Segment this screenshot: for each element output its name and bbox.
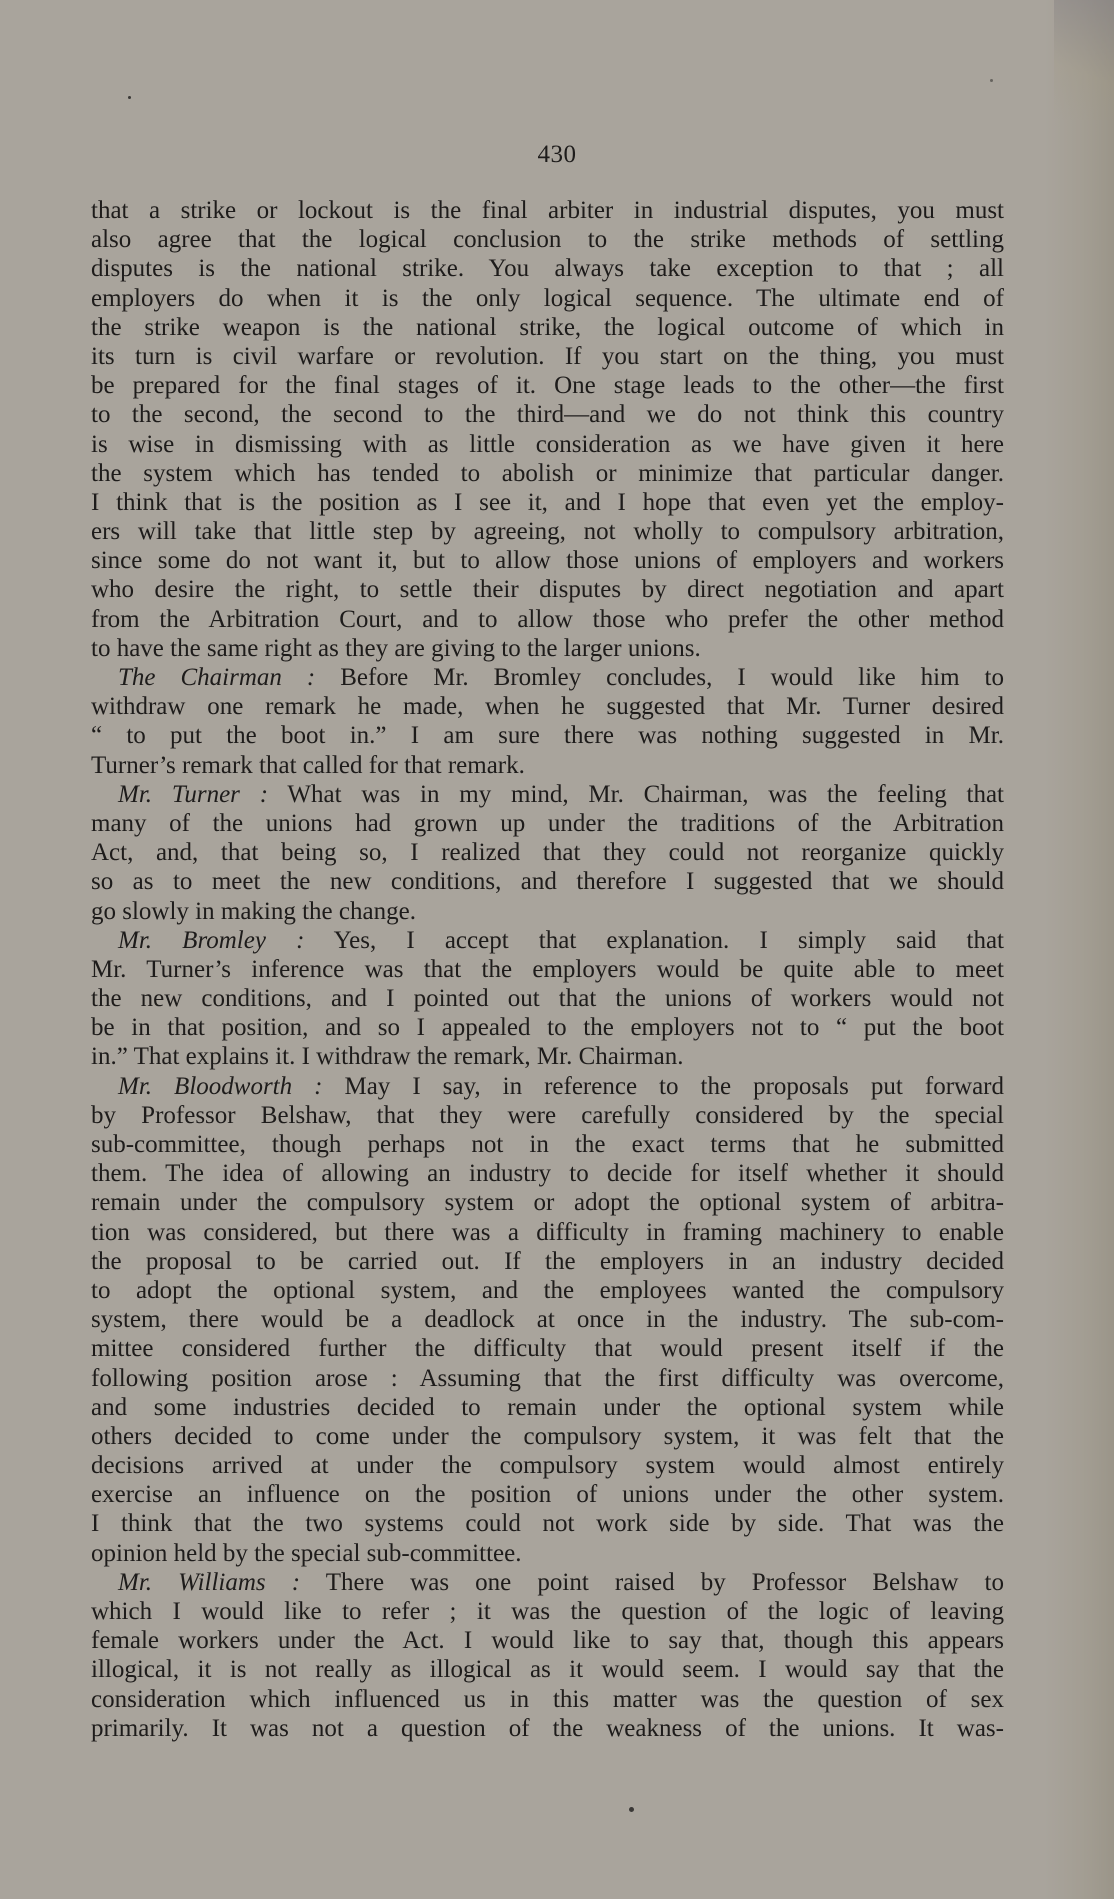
text-line: disputes is the national strike. You alw… — [91, 254, 1004, 283]
text-line: withdraw one remark he made, when he sug… — [91, 692, 1004, 721]
text-line: so as to meet the new conditions, and th… — [91, 867, 1004, 896]
line-text: its turn is civil warfare or revolution.… — [91, 343, 1004, 370]
text-line: to have the same right as they are givin… — [91, 634, 1004, 663]
speaker-paragraph-start: Mr. Bromley : Yes, I accept that explana… — [91, 926, 1004, 955]
text-line: be prepared for the final stages of it. … — [91, 371, 1004, 400]
document-body: that a strike or lockout is the final ar… — [91, 196, 1004, 1743]
speaker-paragraph-start: The Chairman : Before Mr. Bromley conclu… — [91, 663, 1004, 692]
line-text: decisions arrived at under the compulsor… — [91, 1452, 1004, 1479]
line-text: by Professor Belshaw, that they were car… — [91, 1102, 1004, 1129]
text-line: primarily. It was not a question of the … — [91, 1714, 1004, 1743]
line-text: There was one point raised by Professor … — [300, 1569, 1004, 1596]
text-line: its turn is civil warfare or revolution.… — [91, 342, 1004, 371]
line-text: to adopt the optional system, and the em… — [91, 1277, 1004, 1304]
speaker-name: The Chairman : — [118, 664, 315, 691]
line-text: What was in my mind, Mr. Chairman, was t… — [268, 781, 1004, 808]
speaker-paragraph-start: Mr. Bloodworth : May I say, in reference… — [91, 1072, 1004, 1101]
scan-speck — [629, 1807, 634, 1812]
line-text: the system which has tended to abolish o… — [91, 460, 1004, 487]
line-text: “ to put the boot in.” I am sure there w… — [91, 722, 1004, 749]
line-text: opinion held by the special sub-committe… — [91, 1540, 521, 1567]
line-text: so as to meet the new conditions, and th… — [91, 868, 1004, 895]
line-text: be prepared for the final stages of it. … — [91, 372, 1004, 399]
text-line: “ to put the boot in.” I am sure there w… — [91, 721, 1004, 750]
line-text: is wise in dismissing with as little con… — [91, 431, 1004, 458]
text-line: which I would like to refer ; it was the… — [91, 1597, 1004, 1626]
text-line: consideration which influenced us in thi… — [91, 1685, 1004, 1714]
line-text: others decided to come under the compuls… — [91, 1423, 1004, 1450]
speaker-name: Mr. Turner : — [118, 781, 268, 808]
line-text: remain under the compulsory system or ad… — [91, 1189, 1004, 1216]
line-text: go slowly in making the change. — [91, 898, 416, 925]
page-edge-shadow — [1044, 0, 1114, 1899]
text-line: following position arose : Assuming that… — [91, 1364, 1004, 1393]
text-line: to adopt the optional system, and the em… — [91, 1276, 1004, 1305]
line-text: May I say, in reference to the proposals… — [322, 1073, 1004, 1100]
line-text: also agree that the logical conclusion t… — [91, 226, 1004, 253]
line-text: tion was considered, but there was a dif… — [91, 1219, 1004, 1246]
text-line: employers do when it is the only logical… — [91, 284, 1004, 313]
line-text: exercise an influence on the position of… — [91, 1481, 1004, 1508]
line-text: many of the unions had grown up under th… — [91, 810, 1004, 837]
page-corner-shadow — [1054, 0, 1114, 120]
text-line: exercise an influence on the position of… — [91, 1480, 1004, 1509]
line-text: Yes, I accept that explanation. I simply… — [304, 927, 1004, 954]
text-line: tion was considered, but there was a dif… — [91, 1218, 1004, 1247]
line-text: the strike weapon is the national strike… — [91, 314, 1004, 341]
line-text: Turner’s remark that called for that rem… — [91, 752, 525, 779]
text-line: many of the unions had grown up under th… — [91, 809, 1004, 838]
text-line: in.” That explains it. I withdraw the re… — [91, 1042, 1004, 1071]
line-text: system, there would be a deadlock at onc… — [91, 1306, 1004, 1333]
line-text: primarily. It was not a question of the … — [91, 1715, 1004, 1742]
text-line: who desire the right, to settle their di… — [91, 575, 1004, 604]
line-text: them. The idea of allowing an industry t… — [91, 1160, 1004, 1187]
line-text: mittee considered further the difficulty… — [91, 1335, 1004, 1362]
text-line: decisions arrived at under the compulsor… — [91, 1451, 1004, 1480]
text-line: them. The idea of allowing an industry t… — [91, 1159, 1004, 1188]
line-text: in.” That explains it. I withdraw the re… — [91, 1043, 683, 1070]
speaker-name: Mr. Williams : — [118, 1569, 300, 1596]
text-line: Act, and, that being so, I realized that… — [91, 838, 1004, 867]
line-text: the proposal to be carried out. If the e… — [91, 1248, 1004, 1275]
line-text: Before Mr. Bromley concludes, I would li… — [315, 664, 1004, 691]
line-text: the new conditions, and I pointed out th… — [91, 985, 1004, 1012]
line-text: which I would like to refer ; it was the… — [91, 1598, 1004, 1625]
text-line: sub-committee, though perhaps not in the… — [91, 1130, 1004, 1159]
text-line: Mr. Turner’s inference was that the empl… — [91, 955, 1004, 984]
line-text: I think that the two systems could not w… — [91, 1510, 1004, 1537]
line-text: who desire the right, to settle their di… — [91, 576, 1004, 603]
line-text: that a strike or lockout is the final ar… — [91, 197, 1004, 224]
line-text: ers will take that little step by agreei… — [91, 518, 1004, 545]
text-line: illogical, it is not really as illogical… — [91, 1655, 1004, 1684]
text-line: since some do not want it, but to allow … — [91, 546, 1004, 575]
line-text: employers do when it is the only logical… — [91, 285, 1004, 312]
text-line: be in that position, and so I appealed t… — [91, 1013, 1004, 1042]
text-line: from the Arbitration Court, and to allow… — [91, 605, 1004, 634]
page-number: 430 — [0, 141, 1114, 169]
text-line: the new conditions, and I pointed out th… — [91, 984, 1004, 1013]
text-line: the proposal to be carried out. If the e… — [91, 1247, 1004, 1276]
speaker-paragraph-start: Mr. Williams : There was one point raise… — [91, 1568, 1004, 1597]
text-line: remain under the compulsory system or ad… — [91, 1188, 1004, 1217]
text-line: I think that the two systems could not w… — [91, 1509, 1004, 1538]
text-line: others decided to come under the compuls… — [91, 1422, 1004, 1451]
line-text: withdraw one remark he made, when he sug… — [91, 693, 1004, 720]
line-text: disputes is the national strike. You alw… — [91, 255, 1004, 282]
line-text: Act, and, that being so, I realized that… — [91, 839, 1004, 866]
text-line: is wise in dismissing with as little con… — [91, 430, 1004, 459]
line-text: female workers under the Act. I would li… — [91, 1627, 1004, 1654]
line-text: to the second, the second to the third—a… — [91, 401, 1004, 428]
line-text: sub-committee, though perhaps not in the… — [91, 1131, 1004, 1158]
text-line: system, there would be a deadlock at onc… — [91, 1305, 1004, 1334]
speaker-paragraph-start: Mr. Turner : What was in my mind, Mr. Ch… — [91, 780, 1004, 809]
scan-speck — [990, 79, 993, 82]
line-text: and some industries decided to remain un… — [91, 1394, 1004, 1421]
line-text: following position arose : Assuming that… — [91, 1365, 1004, 1392]
line-text: illogical, it is not really as illogical… — [91, 1656, 1004, 1683]
line-text: Mr. Turner’s inference was that the empl… — [91, 956, 1004, 983]
line-text: be in that position, and so I appealed t… — [91, 1014, 1004, 1041]
speaker-name: Mr. Bromley : — [118, 927, 304, 954]
text-line: that a strike or lockout is the final ar… — [91, 196, 1004, 225]
speaker-name: Mr. Bloodworth : — [118, 1073, 322, 1100]
scan-speck — [128, 96, 131, 99]
text-line: by Professor Belshaw, that they were car… — [91, 1101, 1004, 1130]
text-line: the system which has tended to abolish o… — [91, 459, 1004, 488]
line-text: from the Arbitration Court, and to allow… — [91, 606, 1004, 633]
text-line: also agree that the logical conclusion t… — [91, 225, 1004, 254]
line-text: since some do not want it, but to allow … — [91, 547, 1004, 574]
text-line: and some industries decided to remain un… — [91, 1393, 1004, 1422]
text-line: go slowly in making the change. — [91, 897, 1004, 926]
text-line: mittee considered further the difficulty… — [91, 1334, 1004, 1363]
text-line: to the second, the second to the third—a… — [91, 400, 1004, 429]
line-text: consideration which influenced us in thi… — [91, 1686, 1004, 1713]
text-line: ers will take that little step by agreei… — [91, 517, 1004, 546]
line-text: to have the same right as they are givin… — [91, 635, 701, 662]
text-line: Turner’s remark that called for that rem… — [91, 751, 1004, 780]
text-line: I think that is the position as I see it… — [91, 488, 1004, 517]
text-line: opinion held by the special sub-committe… — [91, 1539, 1004, 1568]
text-line: female workers under the Act. I would li… — [91, 1626, 1004, 1655]
text-line: the strike weapon is the national strike… — [91, 313, 1004, 342]
line-text: I think that is the position as I see it… — [91, 489, 1004, 516]
